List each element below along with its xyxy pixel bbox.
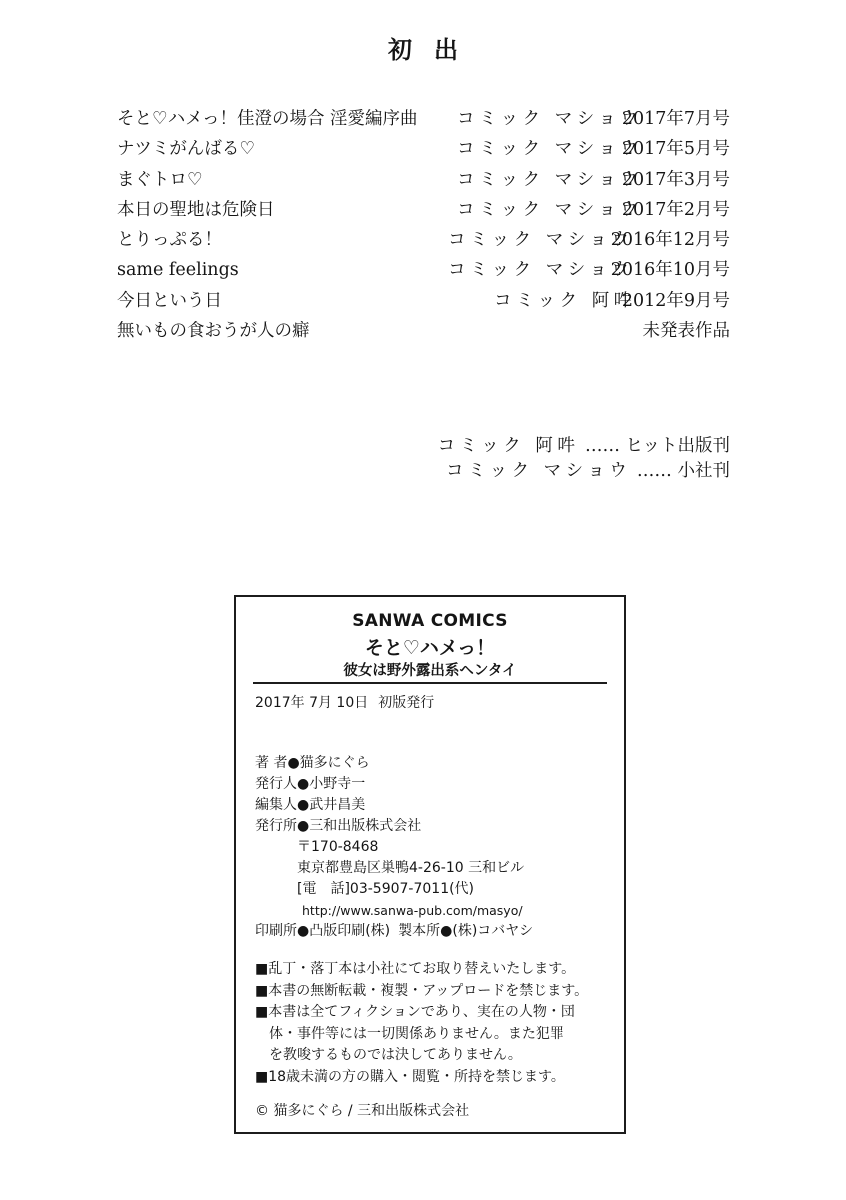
publisher-label: 発行人● [255,776,309,792]
publisher-name: 小野寺一 [309,776,365,792]
note-line: ■乱丁・落丁本は小社にてお取り替えいたします。 [255,959,588,981]
issue-date: 2016年10月号 [611,255,730,285]
issue-date: 未発表作品 [643,316,731,346]
printer-name: 凸版印刷(株) [309,923,390,939]
legend-row: コミック 阿吽 …… ヒット出版刊 [438,434,730,459]
staff-credits: 著 者●猫多にぐら 発行人●小野寺一 編集人●武井昌美 発行所●三和出版株式会社… [255,753,533,942]
editor-label: 編集人● [255,797,309,813]
note-line: ■本書は全てフィクションであり、実在の人物・団 [255,1002,588,1024]
story-title: まぐトロ♡ [117,165,203,195]
issue-date: 2016年12月号 [611,225,730,255]
publish-date: 2017年 7月 10日 [255,695,368,711]
publication-row: まぐトロ♡ コミック マショウ 2017年3月号 [117,165,730,195]
legend-separator: …… [637,461,672,481]
author-line: 著 者●猫多にぐら [255,753,533,774]
story-title: とりっぷる！ [117,225,222,255]
legend-magazine: コミック マショウ [446,461,631,481]
publication-row: そと♡ハメっ！佳澄の場合 淫愛編序曲 コミック マショウ 2017年7月号 [117,104,730,134]
issue-date: 2017年5月号 [622,134,730,164]
issue-date: 2017年7月号 [622,104,730,134]
postal-code: 〒170-8468 [255,837,533,858]
note-line: ■18歳未満の方の購入・閲覧・所持を禁じます。 [255,1067,588,1089]
editor-line: 編集人●武井昌美 [255,795,533,816]
publisher-line: 発行人●小野寺一 [255,774,533,795]
story-title: ナツミがんばる♡ [117,134,255,164]
book-title: そと♡ハメっ！ [236,633,624,660]
note-line: 体・事件等には一切関係ありません。また犯罪 [255,1024,588,1046]
magazine-name: コミック マショウ [457,165,642,195]
note-line: を教唆するものでは決してありません。 [255,1045,588,1067]
divider [253,682,607,684]
brand-label: SANWA COMICS [236,611,624,631]
legal-notes: ■乱丁・落丁本は小社にてお取り替えいたします。 ■本書の無断転載・複製・アップロ… [255,959,588,1088]
author-label: 著 者● [255,755,300,771]
legend-publisher: ヒット出版刊 [626,436,730,456]
publication-row: same feelings コミック マショウ 2016年10月号 [117,255,730,285]
publication-row: 本日の聖地は危険日 コミック マショウ 2017年2月号 [117,195,730,225]
issue-date: 2017年2月号 [622,195,730,225]
publication-row: ナツミがんばる♡ コミック マショウ 2017年5月号 [117,134,730,164]
binder-label: 製本所● [398,923,452,939]
address: 東京都豊島区巣鴨4-26-10 三和ビル [255,858,533,879]
printer-line: 印刷所●凸版印刷(株)製本所●(株)コバヤシ [255,921,533,942]
page-title: 初出 [0,30,846,65]
story-title: 無いもの食おうが人の癖 [117,316,310,346]
magazine-name: コミック マショウ [457,134,642,164]
publication-row: 無いもの食おうが人の癖 未発表作品 [117,316,730,346]
magazine-name: コミック マショウ [448,255,633,285]
issue-date: 2012年9月号 [622,286,730,316]
publication-list: そと♡ハメっ！佳澄の場合 淫愛編序曲 コミック マショウ 2017年7月号 ナツ… [117,104,730,346]
book-subtitle: 彼女は野外露出系ヘンタイ [236,659,624,680]
company-label: 発行所● [255,818,309,834]
magazine-name: コミック マショウ [457,104,642,134]
publication-row: 今日という日 コミック 阿吽 2012年9月号 [117,286,730,316]
printer-label: 印刷所● [255,923,309,939]
story-title: same feelings [117,255,239,285]
legend-separator: …… [585,436,620,456]
story-title: 今日という日 [117,286,222,316]
binder-name: (株)コバヤシ [452,923,533,939]
phone: [電 話]03-5907-7011(代) [255,879,533,900]
publish-date-line: 2017年 7月 10日初版発行 [255,692,434,712]
copyright: © 猫多にぐら / 三和出版株式会社 [255,1100,469,1120]
editor-name: 武井昌美 [309,797,365,813]
magazine-name: コミック マショウ [448,225,633,255]
note-line: ■本書の無断転載・複製・アップロードを禁じます。 [255,981,588,1003]
colophon-box: SANWA COMICS そと♡ハメっ！ 彼女は野外露出系ヘンタイ 2017年 … [234,595,626,1134]
website-url: http://www.sanwa-pub.com/masyo/ [255,900,533,921]
company-line: 発行所●三和出版株式会社 [255,816,533,837]
legend-publisher: 小社刊 [678,461,731,481]
issue-date: 2017年3月号 [622,165,730,195]
story-title: そと♡ハメっ！佳澄の場合 淫愛編序曲 [117,104,418,134]
author-name: 猫多にぐら [300,755,370,771]
edition-label: 初版発行 [378,695,434,711]
magazine-name: コミック マショウ [457,195,642,225]
magazine-legend: コミック 阿吽 …… ヒット出版刊 コミック マショウ …… 小社刊 [438,434,730,484]
magazine-name: コミック 阿吽 [494,286,636,316]
legend-row: コミック マショウ …… 小社刊 [438,459,730,484]
company-name: 三和出版株式会社 [309,818,421,834]
legend-magazine: コミック 阿吽 [438,436,580,456]
story-title: 本日の聖地は危険日 [117,195,275,225]
publication-row: とりっぷる！ コミック マショウ 2016年12月号 [117,225,730,255]
